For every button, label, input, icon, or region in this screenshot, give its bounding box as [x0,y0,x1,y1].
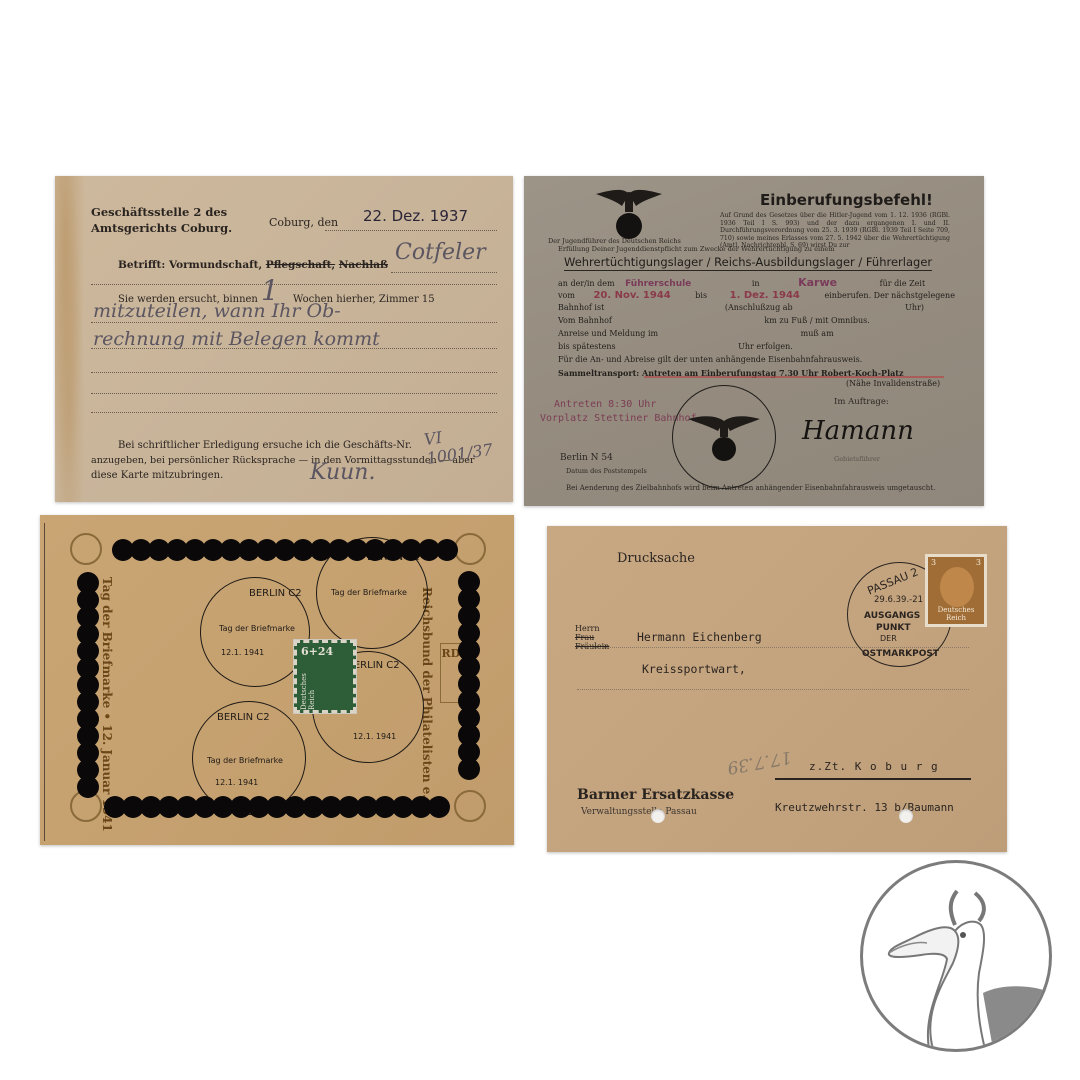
recipient-title: Kreissportwart, [642,662,746,676]
subject-item-struck: Pflegschaft, [266,259,335,271]
redaction-dot [458,758,480,780]
duck-logo-icon [863,863,1049,1049]
sender-office: Verwaltungsstelle Passau [581,807,697,817]
instruction-line-3: diese Karte mitzubringen. [91,468,223,483]
legal-basis-text: Auf Grund des Gesetzes über die Hitler-J… [720,212,950,250]
label: an der/in dem [558,279,615,288]
eagle-emblem-icon [594,184,664,242]
form-line-arrival: Anreise und Meldung im muß am [558,329,834,338]
form-line-ticket: Für die An- und Abreise gilt der unten a… [558,355,862,364]
duty-line: Erfüllung Deiner Jugenddienstpflicht zum… [558,246,834,254]
form-line-distance: Vom Bahnhof km zu Fuß / mit Omnibus. [558,316,870,325]
dotted-line [91,412,497,413]
subject-item-struck: Nachlaß [339,259,388,271]
official-seal [672,385,776,489]
stamped-date: 22. Dez. 1937 [363,207,468,225]
label: bis spätestens [558,342,616,351]
duck-with-horns-logo [860,860,1052,1052]
redaction-dot [428,796,450,818]
postmark-text: Tag der Briefmarke [219,624,295,633]
label: (Anschlußzug ab [725,303,793,312]
label: muß am [801,329,834,338]
portrait-icon [940,567,974,607]
dotted-line [91,284,497,285]
office-line-2: Amtsgerichts Coburg. [91,220,232,236]
label: einberufen. Der nächstgelegene [824,291,955,300]
label: Sammeltransport: [558,368,639,378]
stamp-country: Deutsches Reich [930,606,982,622]
issue-place: Berlin N 54 [560,455,613,463]
order-title: Einberufungsbefehl! [760,191,933,209]
postmark-date: 12.1. 1941 [353,732,396,741]
by-order-label: Im Auftrage: [834,399,889,407]
postmark-date: 12.1. 1941 [221,648,264,657]
postmark-slogan: PUNKT [876,623,911,633]
post-horn-ornament-icon [454,533,486,565]
camp-types: Wehrertüchtigungslager / Reichs-Ausbildu… [564,255,932,271]
office-line-1: Geschäftsstelle 2 des [91,204,232,220]
label: Uhr erfolgen. [738,342,793,351]
hindenburg-postage-stamp: 3 3 Deutsches Reich [925,554,987,627]
subject-label: Betrifft: [118,259,165,271]
handwritten-line-2: rechnung mit Belegen kommt [93,328,380,350]
instruction-line-1: Bei schriftlicher Erledigung ersuche ich… [118,438,412,453]
dotted-line [391,272,497,273]
salutation-frau: Frau [575,633,609,642]
form-line-station: Bahnhof ist (Anschlußzug ab Uhr) [558,303,924,312]
form-line-latest: bis spätestens Uhr erfolgen. [558,342,793,351]
stamped-place: Führerschule [625,279,691,289]
dotted-line [91,372,497,373]
recipient-name: Hermann Eichenberg [637,630,762,644]
green-postage-stamp: 6+24 Deutsches Reich [294,640,356,713]
event-title-vertical: Tag der Briefmarke • 12. Januar 1941 [100,577,114,817]
pencil-note: 17.7.39 [726,747,793,778]
postmark-text: Tag der Briefmarke [207,756,283,765]
destination-city: z.Zt. K o b u r g [809,760,939,773]
date-line [325,230,497,231]
sender-name: Barmer Ersatzkasse [577,787,734,803]
label: in [752,279,760,288]
redaction-dots-right [458,571,480,775]
postmark-text: Tag der Briefmarke [331,588,407,597]
postmark-slogan: DER [880,634,897,643]
form-line-place: an der/in dem Führerschule in Karwe für … [558,276,925,289]
redaction-dots-bottom [104,796,446,818]
footer-note: Bei Aenderung des Zielbahnhofs wird beim… [566,485,935,493]
label: Vom Bahnhof [558,316,612,325]
label: Uhr) [905,303,924,312]
handwritten-subject: Cotfeler [395,240,486,265]
stamp-day-commemorative-card: Tag der Briefmarke • 12. Januar 1941 Rei… [40,515,514,845]
label: Bahnhof ist [558,303,604,312]
post-horn-ornament-icon [454,790,486,822]
postmark-city: BERLIN C2 [217,712,270,723]
postmark-city: BERLIN C2 [249,588,302,599]
city-underline [775,778,971,780]
call-up-order-card: Der Jugendführer des Deutschen Reichs Ei… [524,176,984,506]
instruction-line-2: anzugeben, bei persönlicher Rücksprache … [91,453,475,468]
stamped-from-date: 20. Nov. 1944 [593,290,670,301]
label: für die Zeit [880,279,926,288]
dotted-line [91,393,497,394]
perforated-edge [44,523,45,841]
handwritten-reference: VI 1001/37 [423,418,513,468]
destination-street: Kreutzwehrstr. 13 b/Baumann [775,801,954,814]
red-underline [644,376,944,378]
printed-matter-header: Drucksache [617,551,695,566]
punch-hole [651,809,665,823]
form-line-near: (Nähe Invalidenstraße) [846,379,940,388]
subject-item: Vormundschaft, [169,259,262,271]
dotted-line [91,322,497,323]
age-stain [55,176,85,502]
subject-line: Betrifft: Vormundschaft, Pflegschaft, Na… [118,259,388,271]
label: Anreise und Meldung im [558,329,658,338]
city-label: Coburg, den [269,216,338,229]
stamp-value: 3 [976,558,981,567]
signer-role: Gebietsführer [834,456,880,464]
redaction-dot [436,539,458,561]
address-line [577,647,969,648]
salutation-herrn: Herrn [575,624,609,633]
postmark-date: 29.6.39.-21 [874,595,923,605]
stamp-value: 3 [931,558,936,567]
address-line [577,689,969,690]
redaction-dots-top [112,539,454,561]
postmark-slogan: AUSGANGS [864,611,920,621]
label: bis [695,291,707,300]
handwritten-signature: Kuun. [310,460,375,485]
label: vom [558,291,575,300]
stamped-town: Karwe [798,276,837,289]
redaction-dots-left [77,572,99,793]
stamped-to-date: 1. Dez. 1944 [730,290,800,301]
signature: Hamann [802,416,914,446]
postmark-slogan: OSTMARKPOST [862,649,939,659]
postmark-city: PASSAU 2 [866,565,921,597]
form-line-dates: vom 20. Nov. 1944 bis 1. Dez. 1944 einbe… [558,290,955,301]
issue-place-sub: Datum des Poststempels [566,468,647,476]
handwritten-line-1: mitzuteilen, wann Ihr Ob- [93,300,341,322]
stamp-value: 6+24 [301,645,333,658]
seal-eagle-icon [672,385,776,489]
post-horn-ornament-icon [70,533,102,565]
label: km zu Fuß / mit Omnibus. [764,316,869,325]
printed-matter-postcard: Drucksache PASSAU 2 29.6.39.-21 AUSGANGS… [547,526,1007,852]
stamp-country: Deutsches Reich [300,663,316,710]
punch-hole [899,809,913,823]
postmark-date: 12.1. 1941 [215,778,258,787]
court-postcard: Geschäftsstelle 2 des Amtsgerichts Cobur… [55,176,513,502]
court-office-heading: Geschäftsstelle 2 des Amtsgerichts Cobur… [91,204,232,236]
redaction-dot [77,776,99,798]
